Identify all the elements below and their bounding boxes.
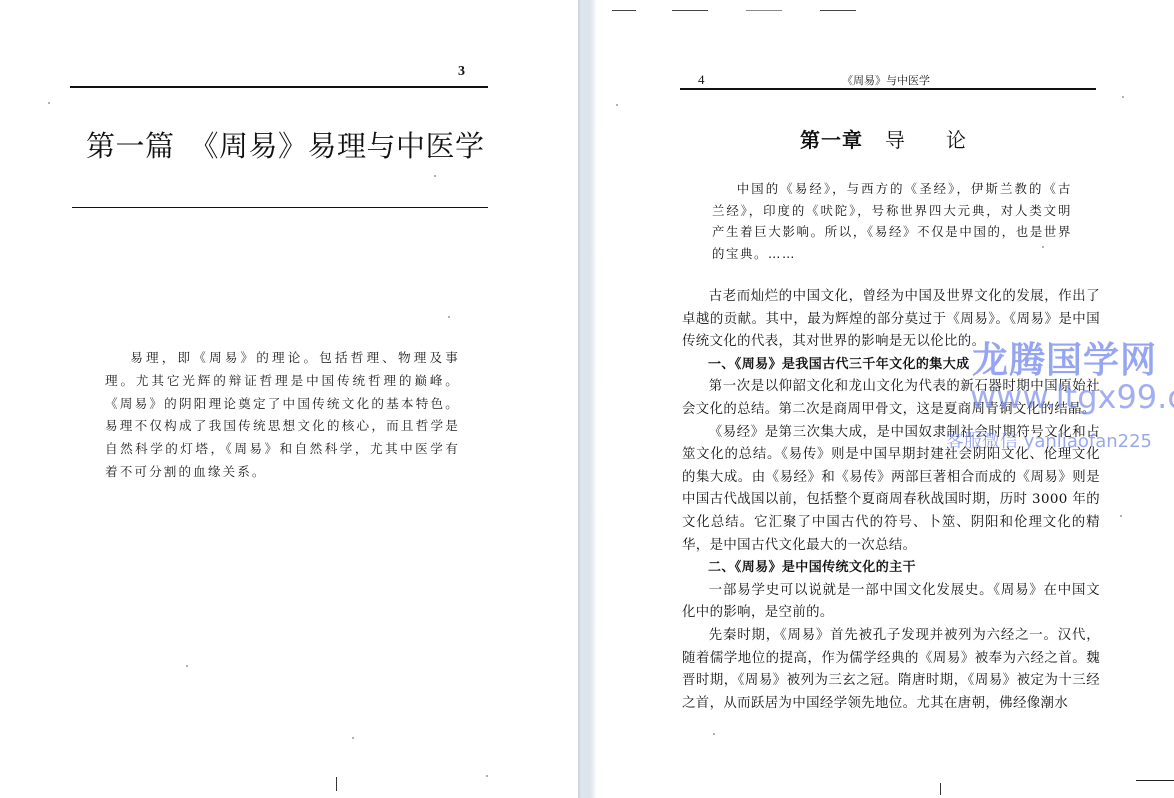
scan-speck (1120, 515, 1122, 517)
body-paragraph: 一部易学史可以说就是一部中国文化发展史。《周易》在中国文化中的影响，是空前的。 (682, 580, 1100, 625)
scan-speck (713, 733, 715, 735)
scan-speck (1122, 96, 1124, 98)
watermark-site-name: 龙腾国学网 (972, 332, 1157, 383)
chapter-title: 第一章导论 (800, 124, 967, 153)
page-number: 3 (458, 64, 465, 80)
header-rule (70, 86, 488, 88)
scan-speck (48, 102, 50, 104)
scan-speck (352, 737, 354, 739)
watermark-contact: 客服微信 yanliaofan225 (946, 427, 1152, 453)
scan-speck (186, 665, 188, 667)
scan-mark (336, 777, 337, 791)
scan-dash (746, 10, 782, 11)
scan-speck (1042, 246, 1044, 248)
scan-dash (672, 10, 708, 11)
chapter-word-1: 导 (885, 128, 906, 152)
watermark-url: www.ltgx99.com (970, 378, 1174, 416)
page-number: 4 (698, 72, 705, 88)
footer-rule (1136, 780, 1174, 781)
title-rule (72, 207, 488, 208)
epigraph: 中国的《易经》，与西方的《圣经》，伊斯兰教的《古兰经》，印度的《吠陀》，号称世界… (712, 178, 1072, 264)
page-gutter (578, 0, 596, 798)
part-title: 第一篇 《周易》易理与中医学 (86, 124, 485, 165)
chapter-label: 第一章 (800, 128, 863, 152)
header-rule (680, 88, 1096, 90)
running-header: 《周易》与中医学 (842, 72, 930, 88)
scan-speck (434, 175, 436, 177)
section-heading: 二、《周易》是中国传统文化的主干 (682, 557, 1100, 580)
scan-speck (486, 775, 488, 777)
body-paragraph: 先秦时期，《周易》首先被孔子发现并被列为六经之一。汉代，随着儒学地位的提高，作为… (682, 625, 1100, 715)
scan-dash (612, 10, 636, 11)
scan-mark (940, 783, 941, 795)
chapter-word-2: 论 (946, 128, 967, 152)
part-intro-paragraph: 易理，即《周易》的理论。包括哲理、物理及事理。尤其它光辉的辩证哲理是中国传统哲理… (105, 347, 460, 484)
left-page: 3 第一篇 《周易》易理与中医学 易理，即《周易》的理论。包括哲理、物理及事理。… (0, 0, 578, 798)
scan-speck (616, 104, 618, 106)
scan-speck (448, 316, 450, 318)
scan-dash (820, 10, 856, 11)
